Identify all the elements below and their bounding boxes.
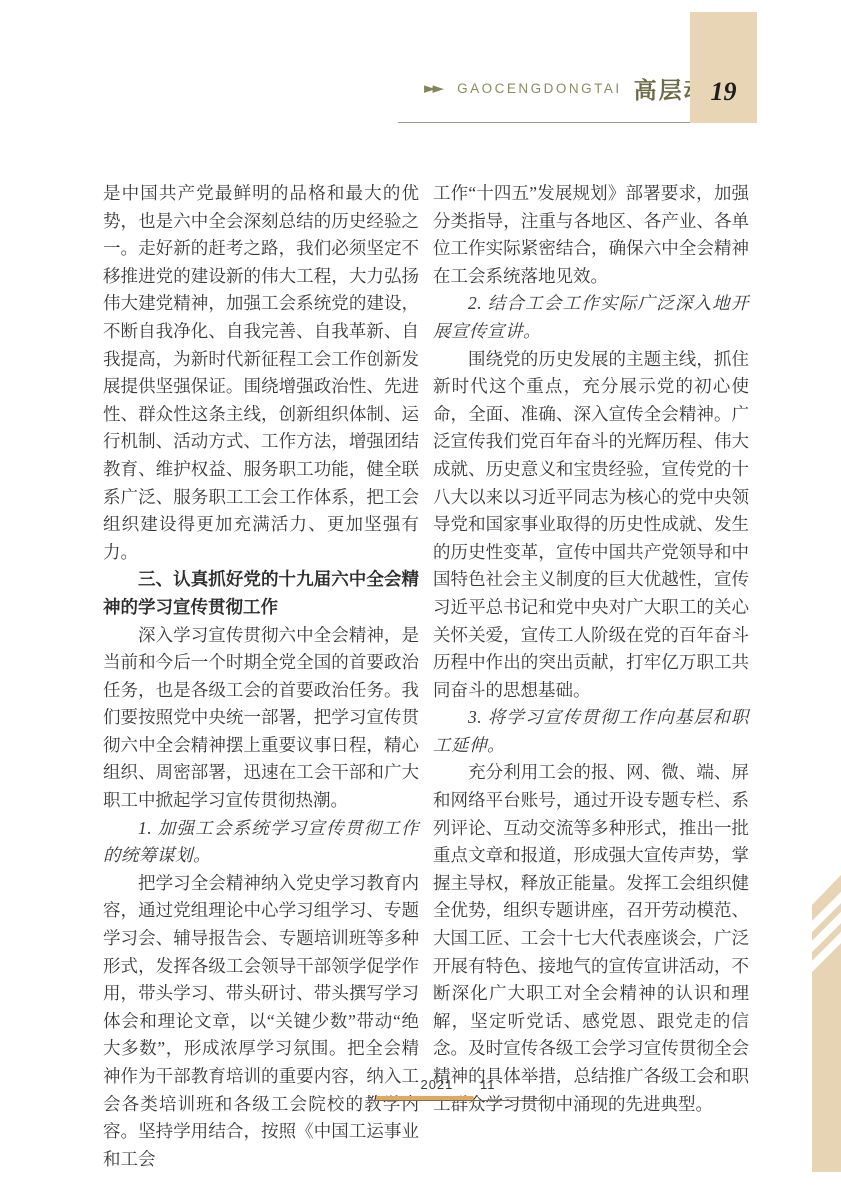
footer-rule-thin <box>368 1100 547 1101</box>
paragraph: 围绕党的历史发展的主题主线，抓住新时代这个重点，充分展示党的初心使命，全面、准确… <box>433 346 749 705</box>
numbered-subheading: 3. 将学习宣传贯彻工作向基层和职工延伸。 <box>433 704 749 759</box>
paragraph: 工作“十四五”发展规划》部署要求，加强分类指导，注重与各地区、各产业、各单位工作… <box>433 180 749 290</box>
page-number: 19 <box>690 77 757 107</box>
paragraph: 把学习全会精神纳入党史学习教育内容，通过党组理论中心学习组学习、专题学习会、辅导… <box>103 870 419 1174</box>
paragraph: 是中国共产党最鲜明的品格和最大的优势，也是六中全会深刻总结的历史经验之一。走好新… <box>103 180 419 566</box>
numbered-subheading: 2. 结合工会工作实际广泛深入地开展宣传宣讲。 <box>433 290 749 345</box>
right-column: 工作“十四五”发展规划》部署要求，加强分类指导，注重与各地区、各产业、各单位工作… <box>433 180 749 1118</box>
corner-decoration-stripes <box>812 875 841 1172</box>
section-pinyin: GAOCENGDONGTAI <box>457 81 622 96</box>
footer-year: 2021 <box>420 1077 453 1092</box>
footer-issue: 11 <box>480 1077 496 1092</box>
header: ►► GAOCENGDONGTAI 高层动态 <box>424 70 734 106</box>
numbered-subheading: 1. 加强工会系统学习宣传贯彻工作的统筹谋划。 <box>103 815 419 870</box>
footer: 2021 11 <box>368 1077 548 1092</box>
magazine-page: ►► GAOCENGDONGTAI 高层动态 19 是中国共产党最鲜明的品格和最… <box>0 0 841 1189</box>
double-arrow-icon: ►► <box>424 79 441 97</box>
paragraph: 深入学习宣传贯彻六中全会精神，是当前和今后一个时期全党全国的首要政治任务，也是各… <box>103 622 419 815</box>
paragraph: 充分利用工会的报、网、微、端、屏和网络平台账号，通过开设专题专栏、系列评论、互动… <box>433 759 749 1118</box>
section-heading: 三、认真抓好党的十九届六中全会精神的学习宣传贯彻工作 <box>103 566 419 621</box>
left-column: 是中国共产党最鲜明的品格和最大的优势，也是六中全会深刻总结的历史经验之一。走好新… <box>103 180 419 1173</box>
footer-rule-thick <box>376 1096 474 1100</box>
page-number-box: 19 <box>690 12 757 123</box>
